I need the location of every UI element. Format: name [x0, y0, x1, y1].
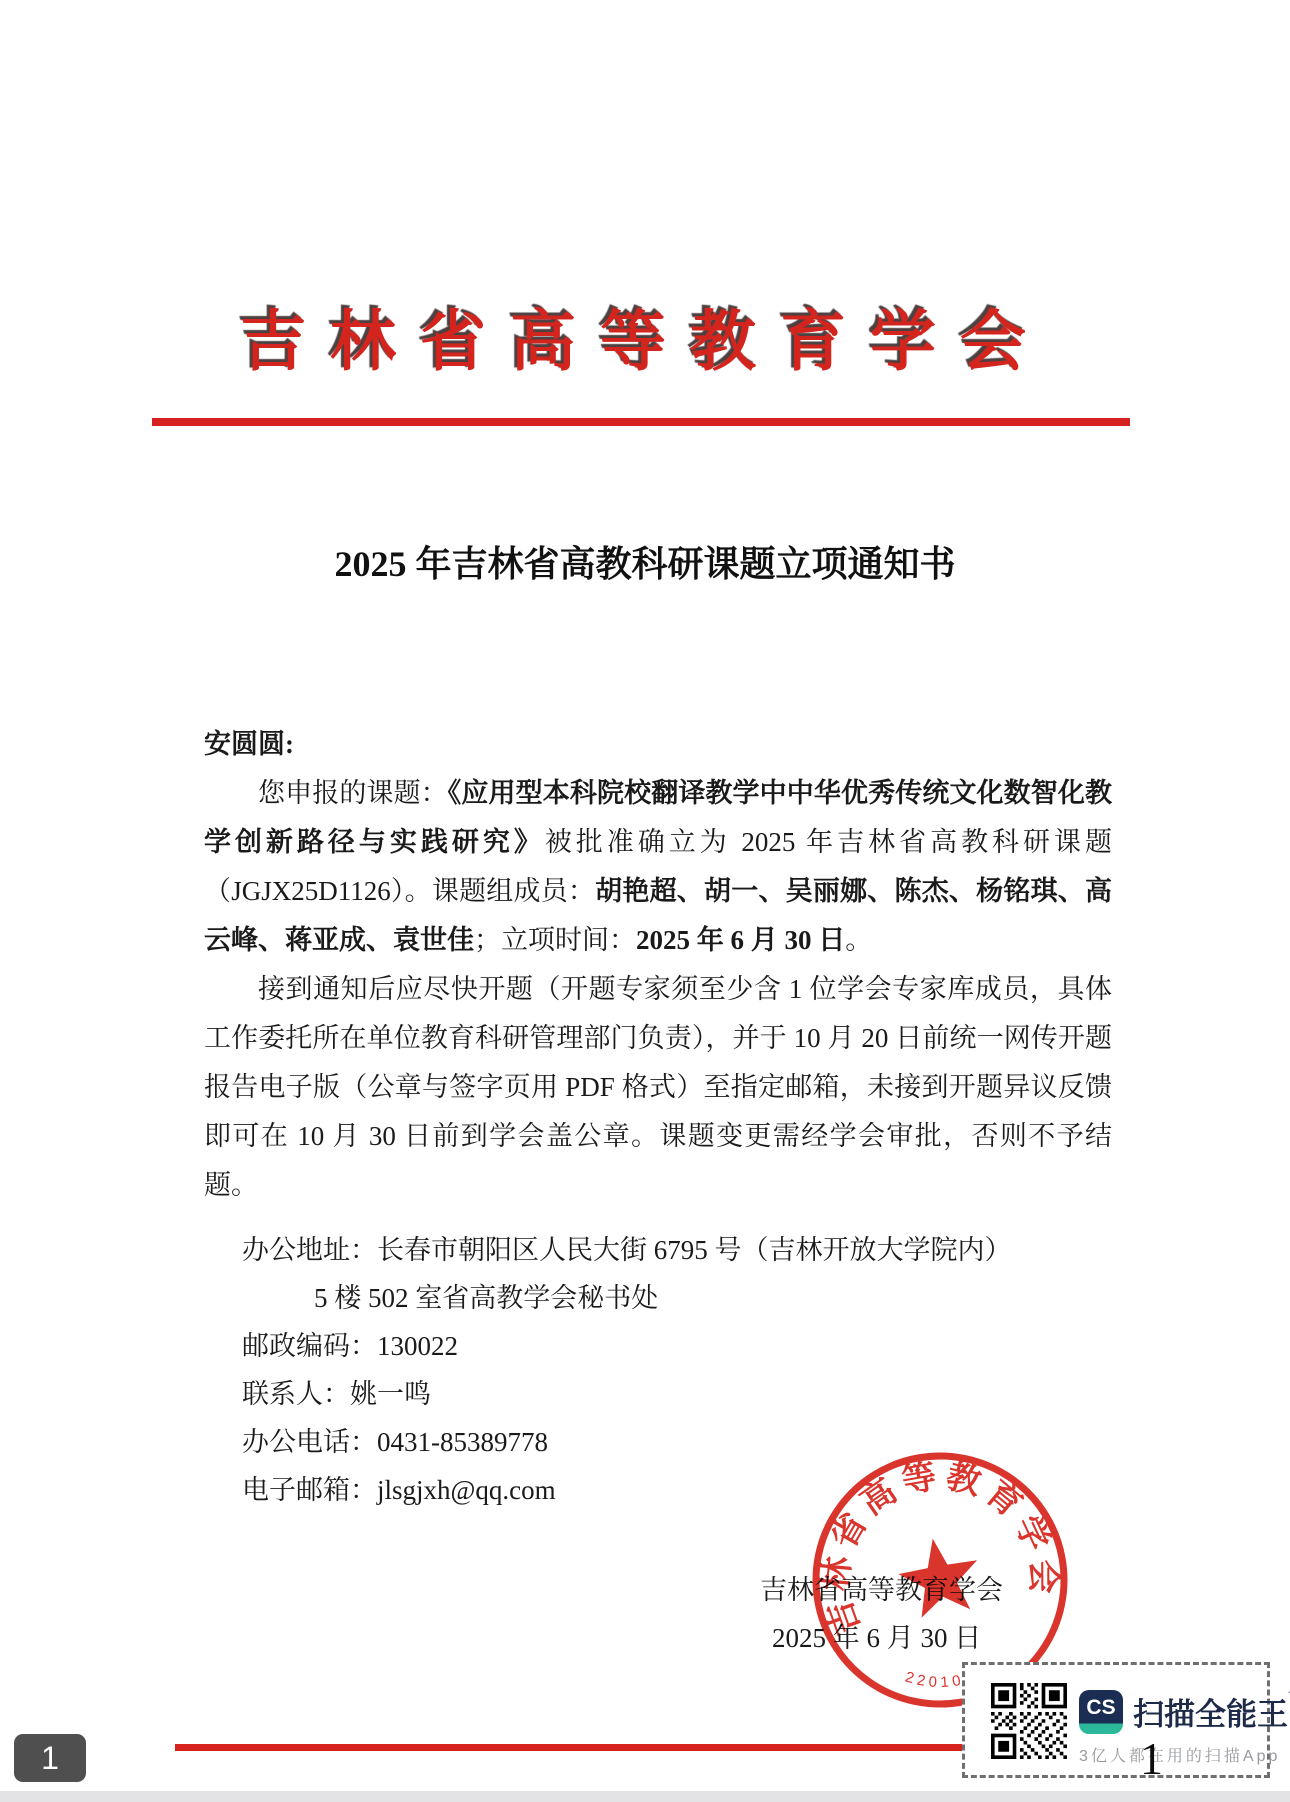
camscanner-logo-icon: CS: [1079, 1690, 1123, 1734]
text-run: ；立项时间：: [474, 925, 636, 955]
paragraph-approval: 您申报的课题：《应用型本科院校翻译教学中中华优秀传统文化数智化教学创新路径与实践…: [204, 769, 1112, 965]
contact-postal-code: 邮政编码：130022: [242, 1322, 1112, 1370]
cs-initials: CS: [1086, 1696, 1115, 1720]
contact-address: 办公地址：长春市朝阳区人民大街 6795 号（吉林开放大学院内）: [242, 1226, 1112, 1274]
page-indicator-label: 1: [41, 1740, 59, 1777]
qr-code-icon: [991, 1683, 1067, 1759]
app-name: 扫描全能王™: [1133, 1689, 1290, 1734]
scan-edge-strip: [0, 1791, 1290, 1802]
letterhead-rule: [152, 418, 1130, 426]
letterhead-title: 吉林省高等教育学会: [0, 288, 1290, 383]
contact-person: 联系人：姚一鸣: [242, 1370, 1112, 1418]
scanned-document-page: 吉林省高等教育学会 2025 年吉林省高教科研课题立项通知书 安圆圆: 您申报的…: [0, 0, 1290, 1802]
text-run: 您申报的课题：: [258, 778, 448, 808]
document-title: 2025 年吉林省高教科研课题立项通知书: [0, 536, 1290, 587]
page-number: 1: [1140, 1732, 1163, 1785]
text-run: 。: [845, 925, 872, 955]
document-body: 安圆圆: 您申报的课题：《应用型本科院校翻译教学中中华优秀传统文化数智化教学创新…: [204, 720, 1112, 1514]
paragraph-instructions: 接到通知后应尽快开题（开题专家须至少含 1 位学会专家库成员，具体工作委托所在单…: [204, 965, 1112, 1210]
seal-star: [893, 1532, 985, 1621]
greeting: 安圆圆:: [204, 720, 1112, 769]
app-tagline: 3亿人都在用的扫描App: [1079, 1743, 1280, 1766]
page-indicator-badge: 1: [14, 1734, 86, 1782]
footer-rule: [175, 1744, 963, 1751]
scanner-watermark-badge: CS 扫描全能王™ 3亿人都在用的扫描App: [962, 1662, 1270, 1778]
contact-address-line2: 5 楼 502 室省高教学会秘书处: [242, 1274, 1112, 1322]
text-run: 2025 年 6 月 30 日: [636, 925, 845, 955]
